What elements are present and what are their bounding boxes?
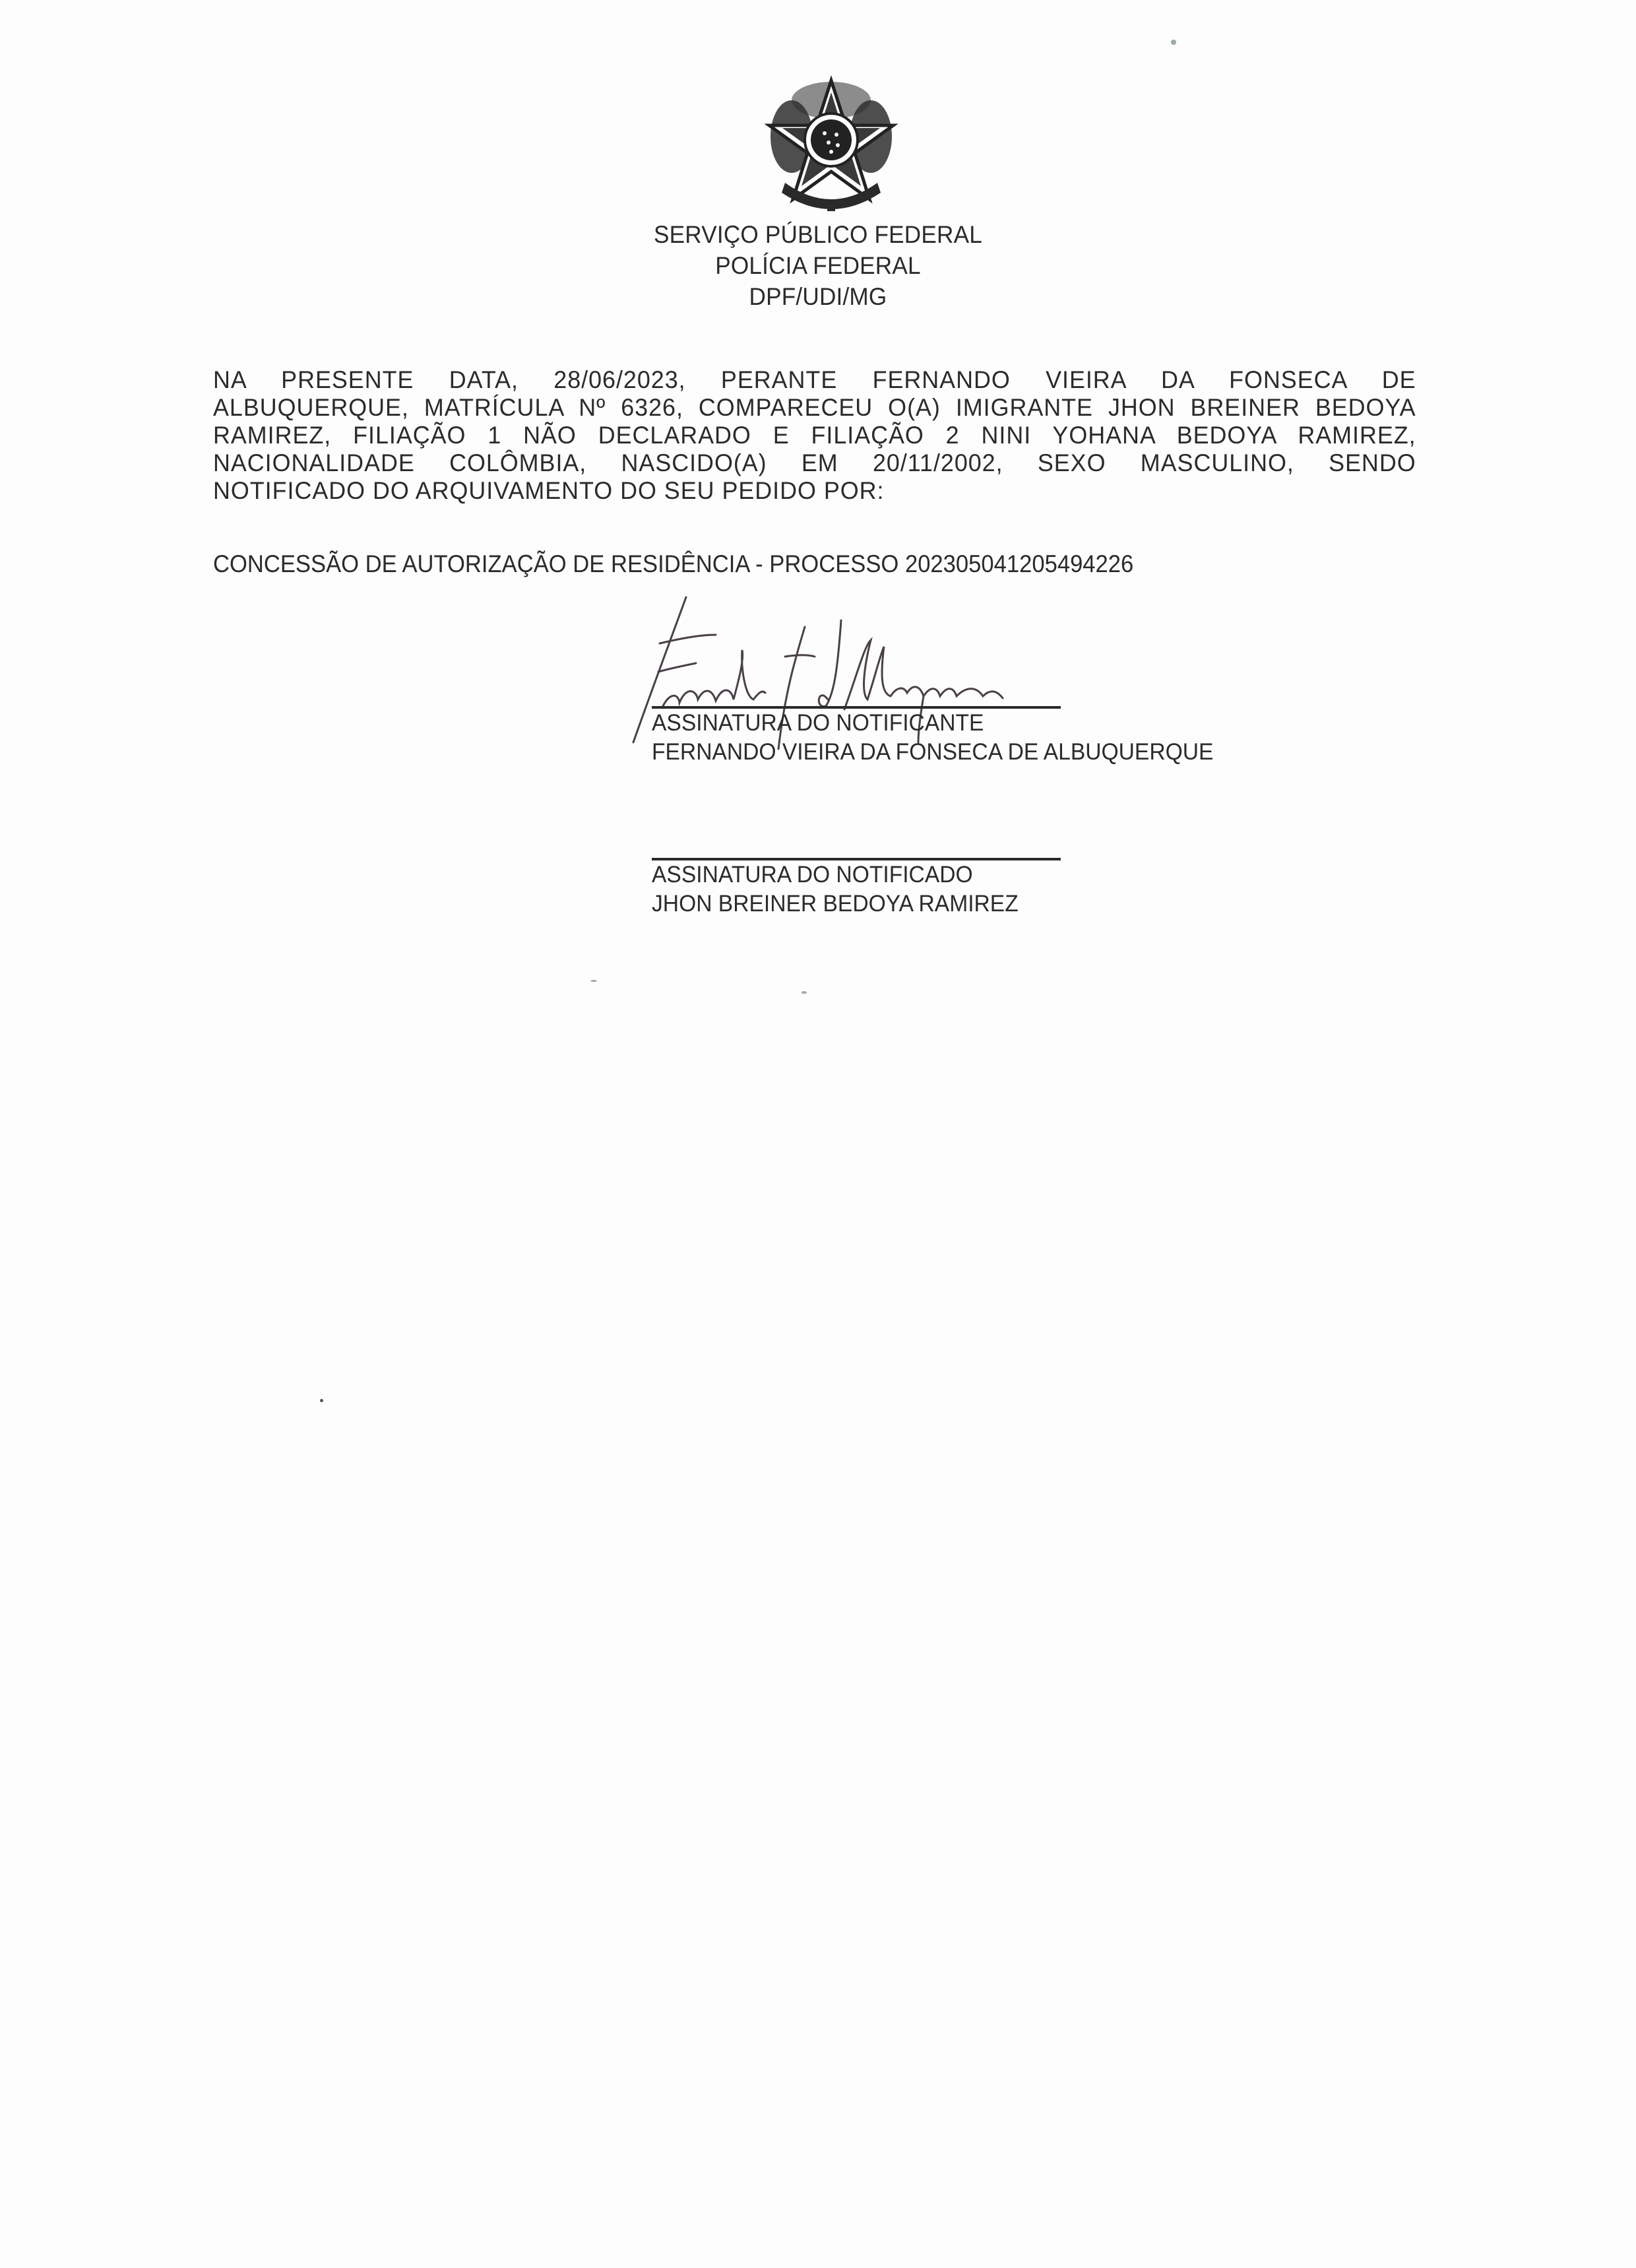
scan-speck <box>1171 40 1176 45</box>
brazil-coat-of-arms-icon <box>759 74 904 216</box>
header-line-agency: POLÍCIA FEDERAL <box>41 250 1595 281</box>
body-line: RAMIREZ, FILIAÇÃO 1 NÃO DECLARADO E FILI… <box>213 422 1416 449</box>
scan-speck <box>590 980 597 982</box>
notifier-name: FERNANDO VIEIRA DA FONSECA DE ALBUQUERQU… <box>652 738 1222 767</box>
notifier-signature-block: ASSINATURA DO NOTIFICANTE FERNANDO VIEIR… <box>652 706 1245 767</box>
body-line: NOTIFICADO DO ARQUIVAMENTO DO SEU PEDIDO… <box>213 477 1416 505</box>
notification-body: NA PRESENTE DATA, 28/06/2023, PERANTE FE… <box>213 366 1416 505</box>
process-description: CONCESSÃO DE AUTORIZAÇÃO DE RESIDÊNCIA -… <box>213 550 1133 579</box>
header-line-service: SERVIÇO PÚBLICO FEDERAL <box>41 219 1595 250</box>
notified-name: JHON BREINER BEDOYA RAMIREZ <box>652 890 1222 919</box>
header-line-unit: DPF/UDI/MG <box>41 281 1595 312</box>
body-line: NACIONALIDADE COLÔMBIA, NASCIDO(A) EM 20… <box>213 449 1416 477</box>
notified-signature-label: ASSINATURA DO NOTIFICADO <box>652 860 1222 890</box>
notifier-signature-label: ASSINATURA DO NOTIFICANTE <box>652 709 1222 738</box>
body-line: ALBUQUERQUE, MATRÍCULA Nº 6326, COMPAREC… <box>213 394 1416 422</box>
body-line: NA PRESENTE DATA, 28/06/2023, PERANTE FE… <box>213 366 1416 394</box>
scan-speck <box>802 991 807 994</box>
document-page: SERVIÇO PÚBLICO FEDERAL POLÍCIA FEDERAL … <box>0 0 1636 2268</box>
notified-signature-block: ASSINATURA DO NOTIFICADO JHON BREINER BE… <box>652 858 1245 919</box>
document-header: SERVIÇO PÚBLICO FEDERAL POLÍCIA FEDERAL … <box>0 219 1636 312</box>
scan-speck <box>320 1399 323 1402</box>
